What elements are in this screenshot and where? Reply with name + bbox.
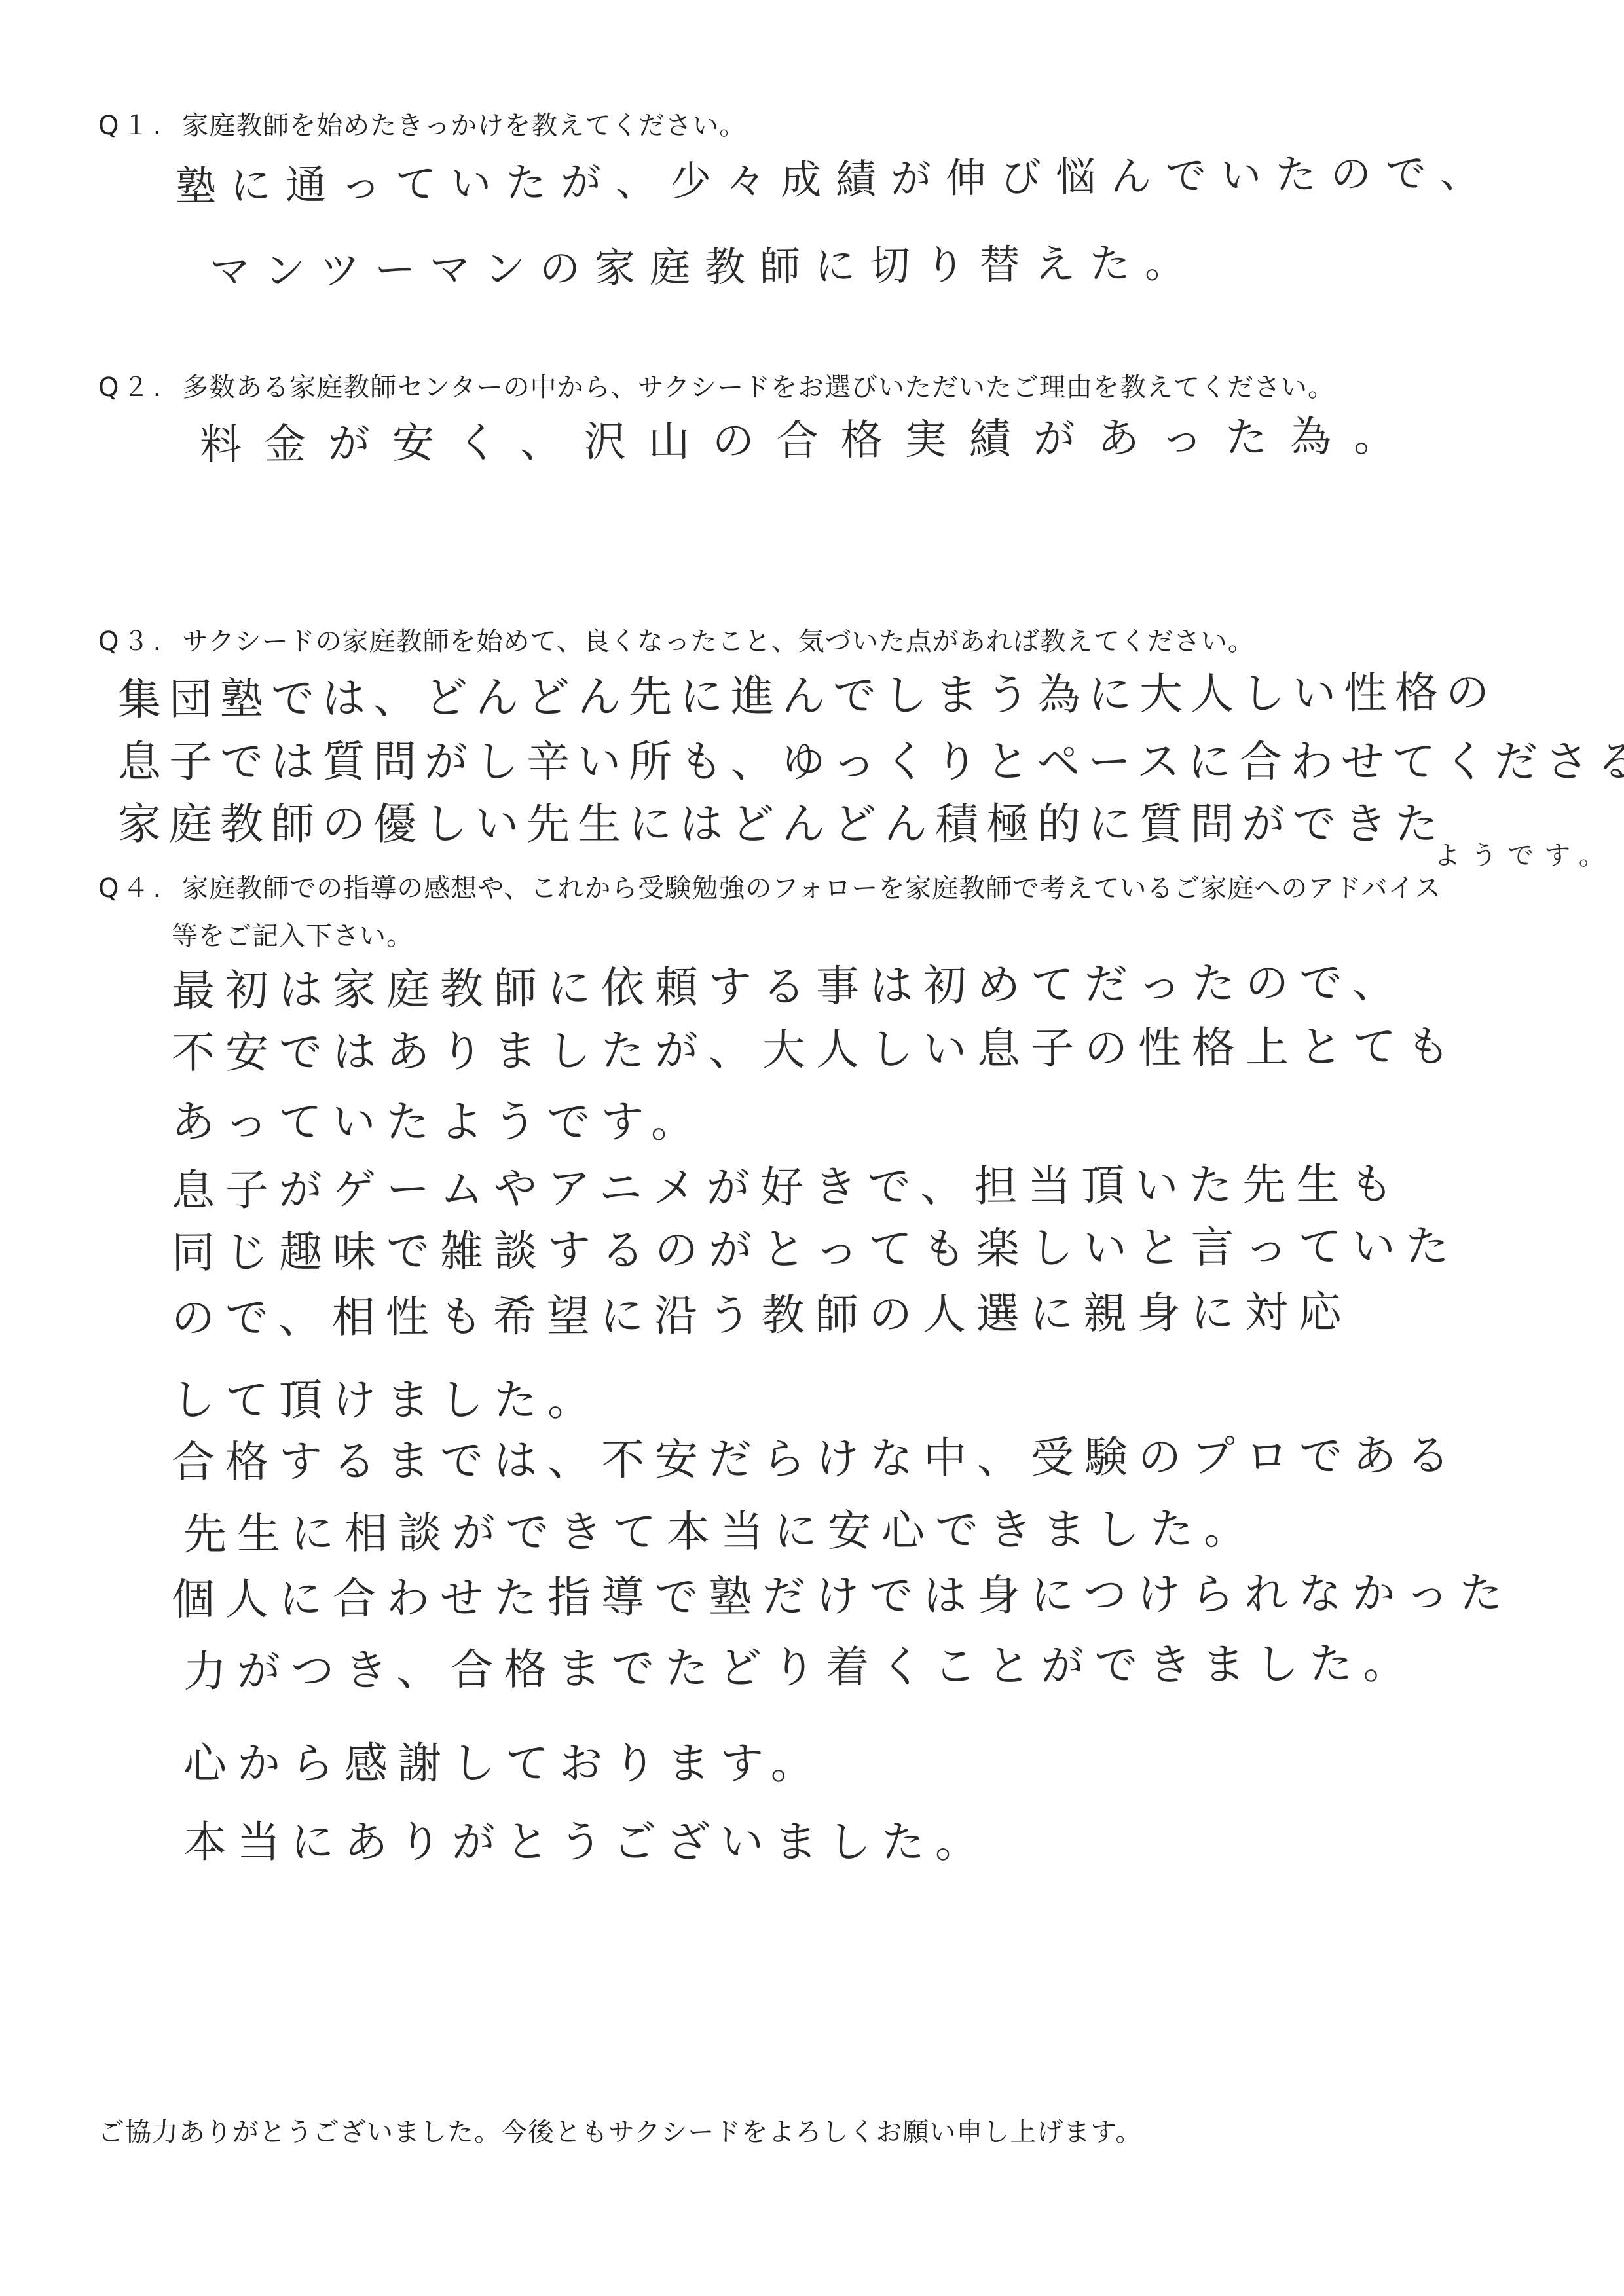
handwritten-answer-line: 個人に合わせた指導で塾だけでは身につけられなかった — [172, 1558, 1513, 1627]
handwritten-answer-line: ので、相性も希望に沿う教師の人選に親身に対応 — [172, 1277, 1352, 1345]
question-4: Q４.家庭教師での指導の感想や、これから受験勉強のフォローを家庭教師で考えている… — [98, 867, 1441, 905]
handwritten-answer-line: 料金が安く、沢山の合格実績があった為。 — [200, 403, 1418, 471]
question-text: 家庭教師を始めたきっかけを教えてください。 — [182, 111, 746, 141]
question-4-continued: 等をご記入下さい。 — [172, 915, 413, 953]
handwritten-answer-line: 家庭教師の優しい先生にはどんどん積極的に質問ができた — [118, 789, 1446, 851]
question-number: Q３. — [98, 621, 165, 658]
handwritten-answer-line: 本当にありがとうございました。 — [183, 1807, 989, 1869]
handwritten-answer-line: 息子がゲームやアニメが好きで、担当頂いた先生も — [172, 1149, 1404, 1218]
handwritten-answer-addendum: ようです。 — [1434, 835, 1615, 872]
question-number: Q１. — [98, 105, 165, 142]
handwritten-answer-line: 力がつき、合格までたどり着くことができました。 — [183, 1628, 1417, 1699]
handwritten-answer-line: マンツーマンの家庭教師に切り替えた。 — [210, 230, 1200, 297]
question-1: Q１.家庭教師を始めたきっかけを教えてください。 — [98, 105, 746, 142]
question-2: Q２.多数ある家庭教師センターの中から、サクシードをお選びいただいたご理由を教え… — [98, 367, 1335, 404]
handwritten-answer-line: 最初は家庭教師に依頼する事は初めてだったので、 — [172, 947, 1406, 1018]
handwritten-answer-line: 同じ趣味で雑談するのがとっても楽しいと言っていた — [172, 1211, 1460, 1280]
question-3: Q３.サクシードの家庭教師を始めて、良くなったこと、気づいた点があれば教えてくだ… — [98, 621, 1255, 658]
handwritten-answer-line: 塾に通っていたが、少々成績が伸び悩んでいたので、 — [175, 140, 1496, 212]
handwritten-answer-line: 心から感謝しております。 — [183, 1728, 824, 1791]
handwritten-answer-line: 集団塾では、どんどん先に進んでしまう為に大人しい性格の — [118, 657, 1497, 727]
handwritten-answer-line: 不安ではありましたが、大人しい息子の性格上とても — [172, 1011, 1460, 1080]
question-text: 多数ある家庭教師センターの中から、サクシードをお選びいただいたご理由を教えてくだ… — [182, 373, 1335, 403]
closing-message: ご協力ありがとうございました。今後ともサクシードをよろしくお願い申し上げます。 — [98, 2111, 1142, 2149]
question-number: Q２. — [98, 367, 165, 404]
handwritten-answer-line: して頂けました。 — [172, 1365, 601, 1427]
question-text: 家庭教師での指導の感想や、これから受験勉強のフォローを家庭教師で考えているご家庭… — [182, 873, 1441, 903]
handwritten-answer-line: あっていたようです。 — [172, 1087, 705, 1149]
handwritten-answer-line: 先生に相談ができて本当に安心できました。 — [183, 1493, 1257, 1561]
handwritten-answer-line: 合格するまでは、不安だらけな中、受験のプロである — [172, 1421, 1460, 1489]
handwritten-answer-line: 息子では質問がし辛い所も、ゆっくりとペースに合わせてくださる — [118, 727, 1624, 789]
question-text: サクシードの家庭教師を始めて、良くなったこと、気づいた点があれば教えてください。 — [182, 627, 1255, 657]
question-number: Q４. — [98, 867, 165, 905]
